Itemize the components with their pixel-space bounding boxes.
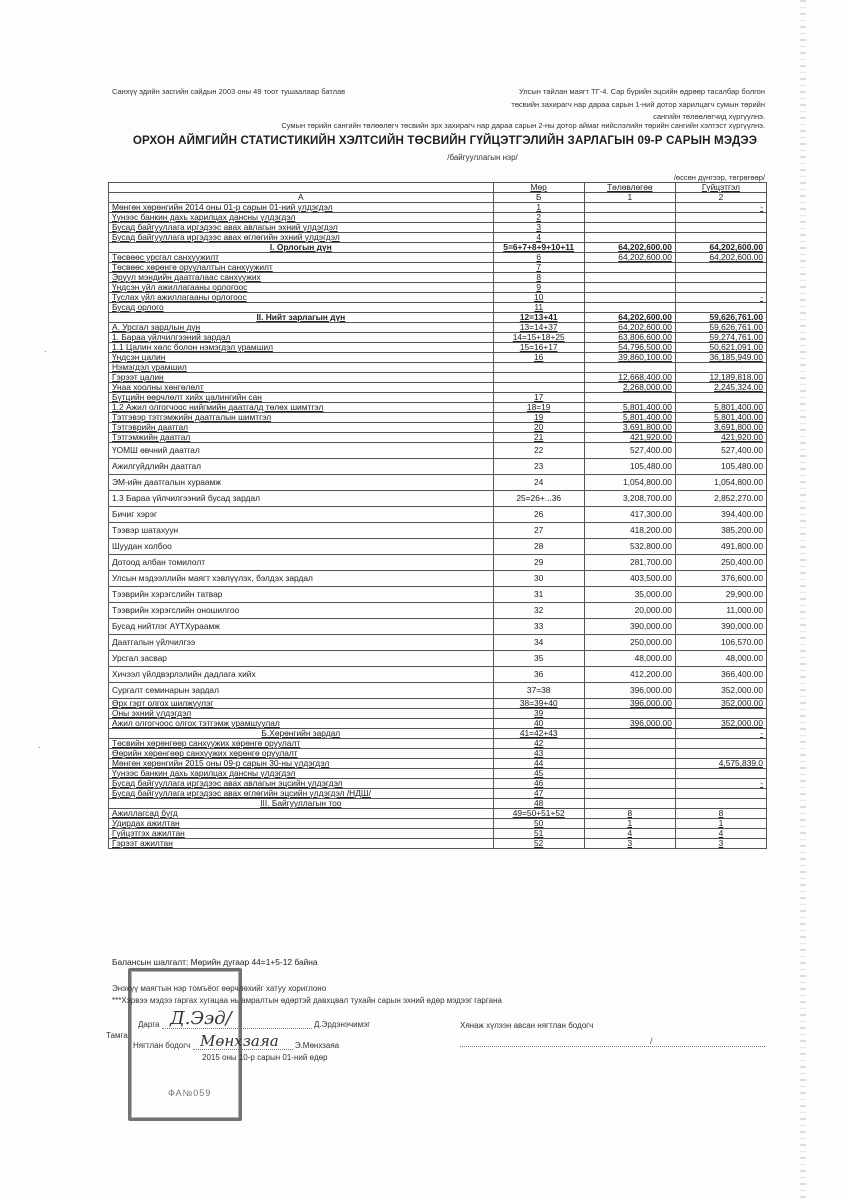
table-row: Удирдах ажилтан5011 — [109, 819, 767, 829]
row-actual-value: 8 — [675, 809, 766, 819]
director-signature: Д.Ээд/ — [170, 1008, 232, 1029]
row-line-number: 13=14+37 — [493, 323, 584, 333]
table-row: Бусад байгууллага иргэдээс авах өглөгийн… — [109, 233, 767, 243]
director-label: Дарга — [138, 1020, 160, 1029]
row-plan-value: 2,268,000.00 — [584, 383, 675, 393]
row-actual-value: 11,000.00 — [675, 603, 766, 619]
row-line-number: 29 — [493, 555, 584, 571]
row-plan-value — [584, 789, 675, 799]
table-row: Бусад байгууллага иргэдээс авах авлагын … — [109, 223, 767, 233]
table-row: Төсвөөс хөрөнгө оруулалтын санхүүжилт7 — [109, 263, 767, 273]
table-row: Дотоод албан томилолт29281,700.00250,400… — [109, 555, 767, 571]
row-actual-value: 3 — [675, 839, 766, 849]
row-actual-value: 376,600.00 — [675, 571, 766, 587]
row-actual-value: 59,626,761.00 — [675, 313, 766, 323]
row-actual-value: 366,400.00 — [675, 667, 766, 683]
row-plan-value: 412,200.00 — [584, 667, 675, 683]
row-line-number: 21 — [493, 433, 584, 443]
table-row: 1.1 Цалин хөлс болон нэмэгдэл урамшил15=… — [109, 343, 767, 353]
row-plan-value: 20,000.00 — [584, 603, 675, 619]
row-actual-value: 59,274,761.00 — [675, 333, 766, 343]
row-label: ЭМ-ийн даатгалын хураамж — [109, 475, 494, 491]
row-plan-value: 403,500.00 — [584, 571, 675, 587]
table-row: Нэмэгдэл урамшил — [109, 363, 767, 373]
submission-note: Сумын төрийн сангийн төлөөлөгч төсвийн э… — [180, 121, 765, 130]
code-cell-plan: 1 — [584, 193, 675, 203]
row-label: Бусад байгууллага иргэдээс авах авлагын … — [109, 779, 494, 789]
row-label: I. Орлогын дүн — [109, 243, 494, 253]
row-label: Улсын мэдээллийн маягт хэвлүүлэх, бэлдэх… — [109, 571, 494, 587]
row-label: ҮОМШ өвчний даатгал — [109, 443, 494, 459]
row-line-number: 22 — [493, 443, 584, 459]
table-row: III. Байгууллагын тоо48 — [109, 799, 767, 809]
row-line-number: 38=39+40 — [493, 699, 584, 709]
row-plan-value: 54,796,500.00 — [584, 343, 675, 353]
row-label: Бусад байгууллага иргэдээс авах авлагын … — [109, 223, 494, 233]
row-plan-value: 396,000.00 — [584, 719, 675, 729]
row-line-number: 51 — [493, 829, 584, 839]
code-cell-label: А — [109, 193, 494, 203]
table-row: Тээвэр шатахуун27418,200.00385,200.00 — [109, 523, 767, 539]
row-plan-value — [584, 233, 675, 243]
row-actual-value: 64,202,600.00 — [675, 243, 766, 253]
row-line-number: 5=6+7+8+9+10+11 — [493, 243, 584, 253]
margin-mark: . — [44, 344, 47, 355]
table-row: ҮОМШ өвчний даатгал22527,400.00527,400.0… — [109, 443, 767, 459]
row-line-number: 2 — [493, 213, 584, 223]
approval-note: Санхүү эдийн засгийн сайдын 2003 оны 49 … — [112, 87, 345, 96]
row-actual-value — [675, 709, 766, 719]
row-plan-value: 1,054,800.00 — [584, 475, 675, 491]
row-label: Бусад орлого — [109, 303, 494, 313]
row-label: Ажил олгогчоос олгох тэтгэмж урамшуулал — [109, 719, 494, 729]
table-row: 1. Бараа үйлчилгээний зардал14=15+18+256… — [109, 333, 767, 343]
row-actual-value: 390,000.00 — [675, 619, 766, 635]
row-actual-value: 394,400.00 — [675, 507, 766, 523]
row-actual-value: 48,000.00 — [675, 651, 766, 667]
org-name-label: /байгууллагын нэр/ — [100, 153, 780, 162]
budget-report-table: Мөр Төлөвлөгөө Гүйцэтгэл А Б 1 2 Мөнгөн … — [108, 182, 767, 849]
row-plan-value — [584, 273, 675, 283]
table-row: Үүнээс банкин дахь харилцах дансны үлдэг… — [109, 213, 767, 223]
row-actual-value: 3,691,800.00 — [675, 423, 766, 433]
row-line-number: 17 — [493, 393, 584, 403]
row-plan-value: 8 — [584, 809, 675, 819]
row-label: Ажиллагсад бүгд — [109, 809, 494, 819]
row-actual-value — [675, 393, 766, 403]
row-actual-value: - — [675, 779, 766, 789]
row-actual-value: 421,920.00 — [675, 433, 766, 443]
accountant-label: Нягтлан бодогч — [133, 1041, 190, 1050]
row-label: Төсвийн хөрөнгөөр санхүүжих хөрөнгө оруу… — [109, 739, 494, 749]
row-actual-value — [675, 363, 766, 373]
table-row: Ажил олгогчоос олгох тэтгэмж урамшуулал4… — [109, 719, 767, 729]
row-label: III. Байгууллагын тоо — [109, 799, 494, 809]
row-plan-value: 39,860,100.00 — [584, 353, 675, 363]
row-line-number: 1 — [493, 203, 584, 213]
row-actual-value: - — [675, 293, 766, 303]
report-date: 2015 оны 10-р сарын 01-ний өдөр — [202, 1053, 328, 1062]
row-label: 1.2 Ажил олгогчоос нийгмийн даатгалд төл… — [109, 403, 494, 413]
table-header-row: Мөр Төлөвлөгөө Гүйцэтгэл — [109, 183, 767, 193]
row-label: Шуудан холбоо — [109, 539, 494, 555]
row-line-number — [493, 363, 584, 373]
row-line-number: 27 — [493, 523, 584, 539]
balance-check: Балансын шалгалт: Мөрийн дугаар 44=1+5-1… — [112, 957, 318, 967]
row-line-number: 11 — [493, 303, 584, 313]
row-actual-value: 385,200.00 — [675, 523, 766, 539]
table-row: Ажиллагсад бүгд49=50+51+5288 — [109, 809, 767, 819]
row-label: Нэмэгдэл урамшил — [109, 363, 494, 373]
row-plan-value — [584, 729, 675, 739]
row-line-number: 46 — [493, 779, 584, 789]
row-label: Унаа хоолны хөнгөлөлт — [109, 383, 494, 393]
row-label: Өөрийн хөрөнгөөр санхүүжих хөрөнгө оруул… — [109, 749, 494, 759]
row-actual-value: 1,054,800.00 — [675, 475, 766, 491]
row-actual-value: 12,189,818.00 — [675, 373, 766, 383]
row-plan-value — [584, 759, 675, 769]
header-cell-actual: Гүйцэтгэл — [675, 183, 766, 193]
table-row: А. Урсгал зардлын дүн13=14+3764,202,600.… — [109, 323, 767, 333]
row-actual-value: 36,185,949.00 — [675, 353, 766, 363]
row-label: Эрүүл мэндийн даатгалаас санхүүжих — [109, 273, 494, 283]
row-actual-value: 106,570.00 — [675, 635, 766, 651]
row-plan-value: 4 — [584, 829, 675, 839]
row-label: 1.3 Бараа үйлчилгээний бусад зардал — [109, 491, 494, 507]
row-plan-value: 64,202,600.00 — [584, 313, 675, 323]
row-label: Даатгалын үйлчилгээ — [109, 635, 494, 651]
table-row: Мөнгөн хөрөнгийн 2015 оны 09-р сарын 30-… — [109, 759, 767, 769]
row-actual-value: 352,000.00 — [675, 719, 766, 729]
table-row: Мөнгөн хөрөнгийн 2014 оны 01-р сарын 01-… — [109, 203, 767, 213]
row-plan-value — [584, 799, 675, 809]
row-actual-value — [675, 263, 766, 273]
row-actual-value: 352,000.00 — [675, 683, 766, 699]
row-label: Б.Хөрөнгийн зардал — [109, 729, 494, 739]
document-title: ОРХОН АЙМГИЙН СТАТИСТИКИЙН ХЭЛТСИЙН ТӨСВ… — [100, 134, 790, 147]
row-actual-value: - — [675, 203, 766, 213]
accountant-signature: Мөнхзаяа — [200, 1032, 279, 1050]
row-label: Удирдах ажилтан — [109, 819, 494, 829]
row-label: II. Нийт зарлагын дүн — [109, 313, 494, 323]
row-actual-value: 4,575,839.0 — [675, 759, 766, 769]
table-row: 1.3 Бараа үйлчилгээний бусад зардал25=26… — [109, 491, 767, 507]
row-actual-value: 29,900.00 — [675, 587, 766, 603]
row-line-number: 7 — [493, 263, 584, 273]
row-label: Үүнээс банкин дахь харилцах дансны үлдэг… — [109, 769, 494, 779]
director-name: Д.Эрдэнэчимэг — [314, 1020, 370, 1029]
row-label: Бусад байгууллага иргэдээс авах өглөгийн… — [109, 789, 494, 799]
row-line-number: 28 — [493, 539, 584, 555]
stamp-label: Тамга — [106, 1031, 128, 1040]
row-label: Тээврийн хэрэгслийн оношилгоо — [109, 603, 494, 619]
row-line-number: 42 — [493, 739, 584, 749]
row-line-number: 6 — [493, 253, 584, 263]
row-label: Сургалт семинарын зардал — [109, 683, 494, 699]
row-line-number: 18=19 — [493, 403, 584, 413]
row-plan-value: 12,668,400.00 — [584, 373, 675, 383]
table-row: Сургалт семинарын зардал37=38396,000.003… — [109, 683, 767, 699]
code-cell-line: Б — [493, 193, 584, 203]
row-plan-value — [584, 263, 675, 273]
table-row: Гүйцэтгэх ажилтан5144 — [109, 829, 767, 839]
row-plan-value — [584, 223, 675, 233]
row-actual-value: 2,852,270.00 — [675, 491, 766, 507]
row-plan-value — [584, 739, 675, 749]
row-plan-value — [584, 203, 675, 213]
row-label: Гүйцэтгэх ажилтан — [109, 829, 494, 839]
margin-mark: . — [38, 740, 41, 751]
table-row: I. Орлогын дүн5=6+7+8+9+10+1164,202,600.… — [109, 243, 767, 253]
row-plan-value: 5,801,400.00 — [584, 403, 675, 413]
table-row: Өөрийн хөрөнгөөр санхүүжих хөрөнгө оруул… — [109, 749, 767, 759]
row-plan-value: 64,202,600.00 — [584, 243, 675, 253]
table-row: Шуудан холбоо28532,800.00491,800.00 — [109, 539, 767, 555]
row-plan-value: 63,806,600.00 — [584, 333, 675, 343]
row-actual-value: 491,800.00 — [675, 539, 766, 555]
row-plan-value — [584, 779, 675, 789]
row-line-number: 24 — [493, 475, 584, 491]
row-line-number: 40 — [493, 719, 584, 729]
table-row: Төсвөөс урсгал санхүүжилт664,202,600.006… — [109, 253, 767, 263]
row-label: Тэтгэвэр тэтгэмжийн даатгалын шимтгэл — [109, 413, 494, 423]
row-label: Мөнгөн хөрөнгийн 2015 оны 09-р сарын 30-… — [109, 759, 494, 769]
row-line-number: 45 — [493, 769, 584, 779]
row-line-number: 32 — [493, 603, 584, 619]
row-line-number: 36 — [493, 667, 584, 683]
row-plan-value: 417,300.00 — [584, 507, 675, 523]
row-line-number: 43 — [493, 749, 584, 759]
row-line-number: 26 — [493, 507, 584, 523]
row-plan-value — [584, 709, 675, 719]
table-row: 1.2 Ажил олгогчоос нийгмийн даатгалд төл… — [109, 403, 767, 413]
row-line-number: 9 — [493, 283, 584, 293]
row-line-number: 16 — [493, 353, 584, 363]
row-label: А. Урсгал зардлын дүн — [109, 323, 494, 333]
row-label: Тээвэр шатахуун — [109, 523, 494, 539]
row-plan-value — [584, 393, 675, 403]
row-line-number: 15=16+17 — [493, 343, 584, 353]
row-plan-value: 390,000.00 — [584, 619, 675, 635]
row-line-number: 35 — [493, 651, 584, 667]
row-actual-value: 105,480.00 — [675, 459, 766, 475]
row-line-number: 50 — [493, 819, 584, 829]
table-row: Бусад орлого11 — [109, 303, 767, 313]
row-actual-value: 5,801,400.00 — [675, 413, 766, 423]
row-label: Урсгал засвар — [109, 651, 494, 667]
row-actual-value: 50,621,091.00 — [675, 343, 766, 353]
row-plan-value: 1 — [584, 819, 675, 829]
table-row: II. Нийт зарлагын дүн12=13+4164,202,600.… — [109, 313, 767, 323]
row-line-number: 48 — [493, 799, 584, 809]
row-label: Төсвөөс урсгал санхүүжилт — [109, 253, 494, 263]
row-line-number: 30 — [493, 571, 584, 587]
row-line-number — [493, 373, 584, 383]
row-line-number: 12=13+41 — [493, 313, 584, 323]
row-plan-value: 105,480.00 — [584, 459, 675, 475]
row-plan-value: 527,400.00 — [584, 443, 675, 459]
row-label: Тэтгэмжийн даатгал — [109, 433, 494, 443]
table-row: Үүнээс банкин дахь харилцах дансны үлдэг… — [109, 769, 767, 779]
row-plan-value: 421,920.00 — [584, 433, 675, 443]
row-line-number: 25=26+...36 — [493, 491, 584, 507]
table-row: Оны эхний үлдэгдэл39 — [109, 709, 767, 719]
row-line-number: 33 — [493, 619, 584, 635]
row-label: Гэрээт цалин — [109, 373, 494, 383]
row-label: Тэтгэврийн даатгал — [109, 423, 494, 433]
row-line-number: 4 — [493, 233, 584, 243]
row-line-number: 3 — [493, 223, 584, 233]
table-row: Эрүүл мэндийн даатгалаас санхүүжих8 — [109, 273, 767, 283]
table-row: Туслах үйл ажиллагааны орлогоос10- — [109, 293, 767, 303]
row-label: Үүнээс банкин дахь харилцах дансны үлдэг… — [109, 213, 494, 223]
table-row: Даатгалын үйлчилгээ34250,000.00106,570.0… — [109, 635, 767, 651]
table-row: Төсвийн хөрөнгөөр санхүүжих хөрөнгө оруу… — [109, 739, 767, 749]
row-actual-value — [675, 213, 766, 223]
row-label: Үндсэн цалин — [109, 353, 494, 363]
stamp-number: ФА№059 — [168, 1088, 211, 1098]
table-row: Тээврийн хэрэгслийн оношилгоо3220,000.00… — [109, 603, 767, 619]
row-label: Ажилгүйдлийн даатгал — [109, 459, 494, 475]
row-line-number: 14=15+18+25 — [493, 333, 584, 343]
row-label: 1.1 Цалин хөлс болон нэмэгдэл урамшил — [109, 343, 494, 353]
row-actual-value — [675, 283, 766, 293]
table-row: Тэтгэмжийн даатгал21421,920.00421,920.00 — [109, 433, 767, 443]
row-plan-value: 5,801,400.00 — [584, 413, 675, 423]
row-actual-value — [675, 303, 766, 313]
row-label: Бичиг хэрэг — [109, 507, 494, 523]
row-line-number: 37=38 — [493, 683, 584, 699]
row-plan-value: 281,700.00 — [584, 555, 675, 571]
table-code-row: А Б 1 2 — [109, 193, 767, 203]
row-line-number: 44 — [493, 759, 584, 769]
row-actual-value: 4 — [675, 829, 766, 839]
table-row: Тэтгэврийн даатгал203,691,800.003,691,80… — [109, 423, 767, 433]
table-row: Улсын мэдээллийн маягт хэвлүүлэх, бэлдэх… — [109, 571, 767, 587]
row-plan-value — [584, 749, 675, 759]
reviewer-signature-line — [460, 1046, 765, 1047]
row-actual-value — [675, 739, 766, 749]
row-plan-value: 532,800.00 — [584, 539, 675, 555]
row-actual-value: 64,202,600.00 — [675, 253, 766, 263]
table-row: Хичээл үйлдвэрлэлийн дадлага хийх36412,2… — [109, 667, 767, 683]
table-row: Өрх гэрт олгох шилжүүлэг38=39+40396,000.… — [109, 699, 767, 709]
row-label: Туслах үйл ажиллагааны орлогоос — [109, 293, 494, 303]
row-line-number: 10 — [493, 293, 584, 303]
row-plan-value: 35,000.00 — [584, 587, 675, 603]
row-line-number — [493, 383, 584, 393]
table-row: Үндсэн цалин1639,860,100.0036,185,949.00 — [109, 353, 767, 363]
table-row: Гэрээт ажилтан5233 — [109, 839, 767, 849]
row-actual-value: 1 — [675, 819, 766, 829]
reviewer-slash: / — [650, 1036, 653, 1046]
row-line-number: 31 — [493, 587, 584, 603]
row-actual-value: 2,245,324.00 — [675, 383, 766, 393]
row-label: 1. Бараа үйлчилгээний зардал — [109, 333, 494, 343]
header-cell-label — [109, 183, 494, 193]
report-code-line: төсвийн захирагч нар дараа сарын 1-ний д… — [440, 99, 765, 112]
row-label: Үндсэн үйл ажиллагааны орлогоос — [109, 283, 494, 293]
row-plan-value: 250,000.00 — [584, 635, 675, 651]
table-row: Бусад нийтлэг АҮТХураамж33390,000.00390,… — [109, 619, 767, 635]
row-line-number: 47 — [493, 789, 584, 799]
row-line-number: 23 — [493, 459, 584, 475]
row-actual-value — [675, 233, 766, 243]
row-plan-value — [584, 283, 675, 293]
row-plan-value: 64,202,600.00 — [584, 253, 675, 263]
table-row: Унаа хоолны хөнгөлөлт2,268,000.002,245,3… — [109, 383, 767, 393]
row-actual-value: 250,400.00 — [675, 555, 766, 571]
row-line-number: 8 — [493, 273, 584, 283]
table-row: ЭМ-ийн даатгалын хураамж241,054,800.001,… — [109, 475, 767, 491]
row-actual-value: 527,400.00 — [675, 443, 766, 459]
row-label: Өрх гэрт олгох шилжүүлэг — [109, 699, 494, 709]
row-plan-value: 396,000.00 — [584, 683, 675, 699]
report-code-note: Улсын тайлан маягт ТГ-4. Сар бүрийн эцси… — [440, 86, 765, 124]
row-actual-value — [675, 799, 766, 809]
row-label: Бүтцийн өөрчлөлт хийх цалингийн сан — [109, 393, 494, 403]
unit-note: /өссөн дүнгээр, төгрөгөөр/ — [560, 173, 765, 182]
row-line-number: 19 — [493, 413, 584, 423]
row-plan-value — [584, 303, 675, 313]
table-row: Ажилгүйдлийн даатгал23105,480.00105,480.… — [109, 459, 767, 475]
table-row: Гэрээт цалин12,668,400.0012,189,818.00 — [109, 373, 767, 383]
row-label: Бусад байгууллага иргэдээс авах өглөгийн… — [109, 233, 494, 243]
table-row: Бусад байгууллага иргэдээс авах авлагын … — [109, 779, 767, 789]
row-line-number: 20 — [493, 423, 584, 433]
table-row: Тээврийн хэрэгслийн татвар3135,000.0029,… — [109, 587, 767, 603]
table-row: Бүтцийн өөрчлөлт хийх цалингийн сан17 — [109, 393, 767, 403]
row-line-number: 34 — [493, 635, 584, 651]
row-label: Төсвөөс хөрөнгө оруулалтын санхүүжилт — [109, 263, 494, 273]
row-label: Бусад нийтлэг АҮТХураамж — [109, 619, 494, 635]
table-row: Бусад байгууллага иргэдээс авах өглөгийн… — [109, 789, 767, 799]
row-plan-value — [584, 363, 675, 373]
row-actual-value: - — [675, 729, 766, 739]
table-row: Урсгал засвар3548,000.0048,000.00 — [109, 651, 767, 667]
row-plan-value — [584, 293, 675, 303]
header-cell-line: Мөр — [493, 183, 584, 193]
row-label: Оны эхний үлдэгдэл — [109, 709, 494, 719]
table-row: Үндсэн үйл ажиллагааны орлогоос9 — [109, 283, 767, 293]
table-row: Бичиг хэрэг26417,300.00394,400.00 — [109, 507, 767, 523]
report-code-line: Улсын тайлан маягт ТГ-4. Сар бүрийн эцси… — [440, 86, 765, 99]
table-row: Б.Хөрөнгийн зардал41=42+43- — [109, 729, 767, 739]
scanned-document-page: Санхүү эдийн засгийн сайдын 2003 оны 49 … — [0, 0, 848, 1200]
row-line-number: 39 — [493, 709, 584, 719]
row-label: Хичээл үйлдвэрлэлийн дадлага хийх — [109, 667, 494, 683]
deadline-note: ***Хэрвээ мэдээ гаргах хугацаа нь амралт… — [112, 996, 502, 1005]
row-line-number: 49=50+51+52 — [493, 809, 584, 819]
row-label: Тээврийн хэрэгслийн татвар — [109, 587, 494, 603]
row-plan-value: 3,691,800.00 — [584, 423, 675, 433]
row-line-number: 52 — [493, 839, 584, 849]
row-plan-value — [584, 213, 675, 223]
row-plan-value — [584, 769, 675, 779]
row-actual-value — [675, 223, 766, 233]
accountant-name: Э.Мөнхзаяа — [295, 1041, 339, 1050]
row-plan-value: 64,202,600.00 — [584, 323, 675, 333]
row-actual-value: 5,801,400.00 — [675, 403, 766, 413]
code-cell-actual: 2 — [675, 193, 766, 203]
row-actual-value — [675, 273, 766, 283]
row-label: Мөнгөн хөрөнгийн 2014 оны 01-р сарын 01-… — [109, 203, 494, 213]
form-rule-note: Энэхүү маягтын нэр томъёог өөрчлөхийг ха… — [112, 984, 326, 993]
row-actual-value — [675, 789, 766, 799]
row-label: Гэрээт ажилтан — [109, 839, 494, 849]
row-plan-value: 3 — [584, 839, 675, 849]
row-line-number: 41=42+43 — [493, 729, 584, 739]
